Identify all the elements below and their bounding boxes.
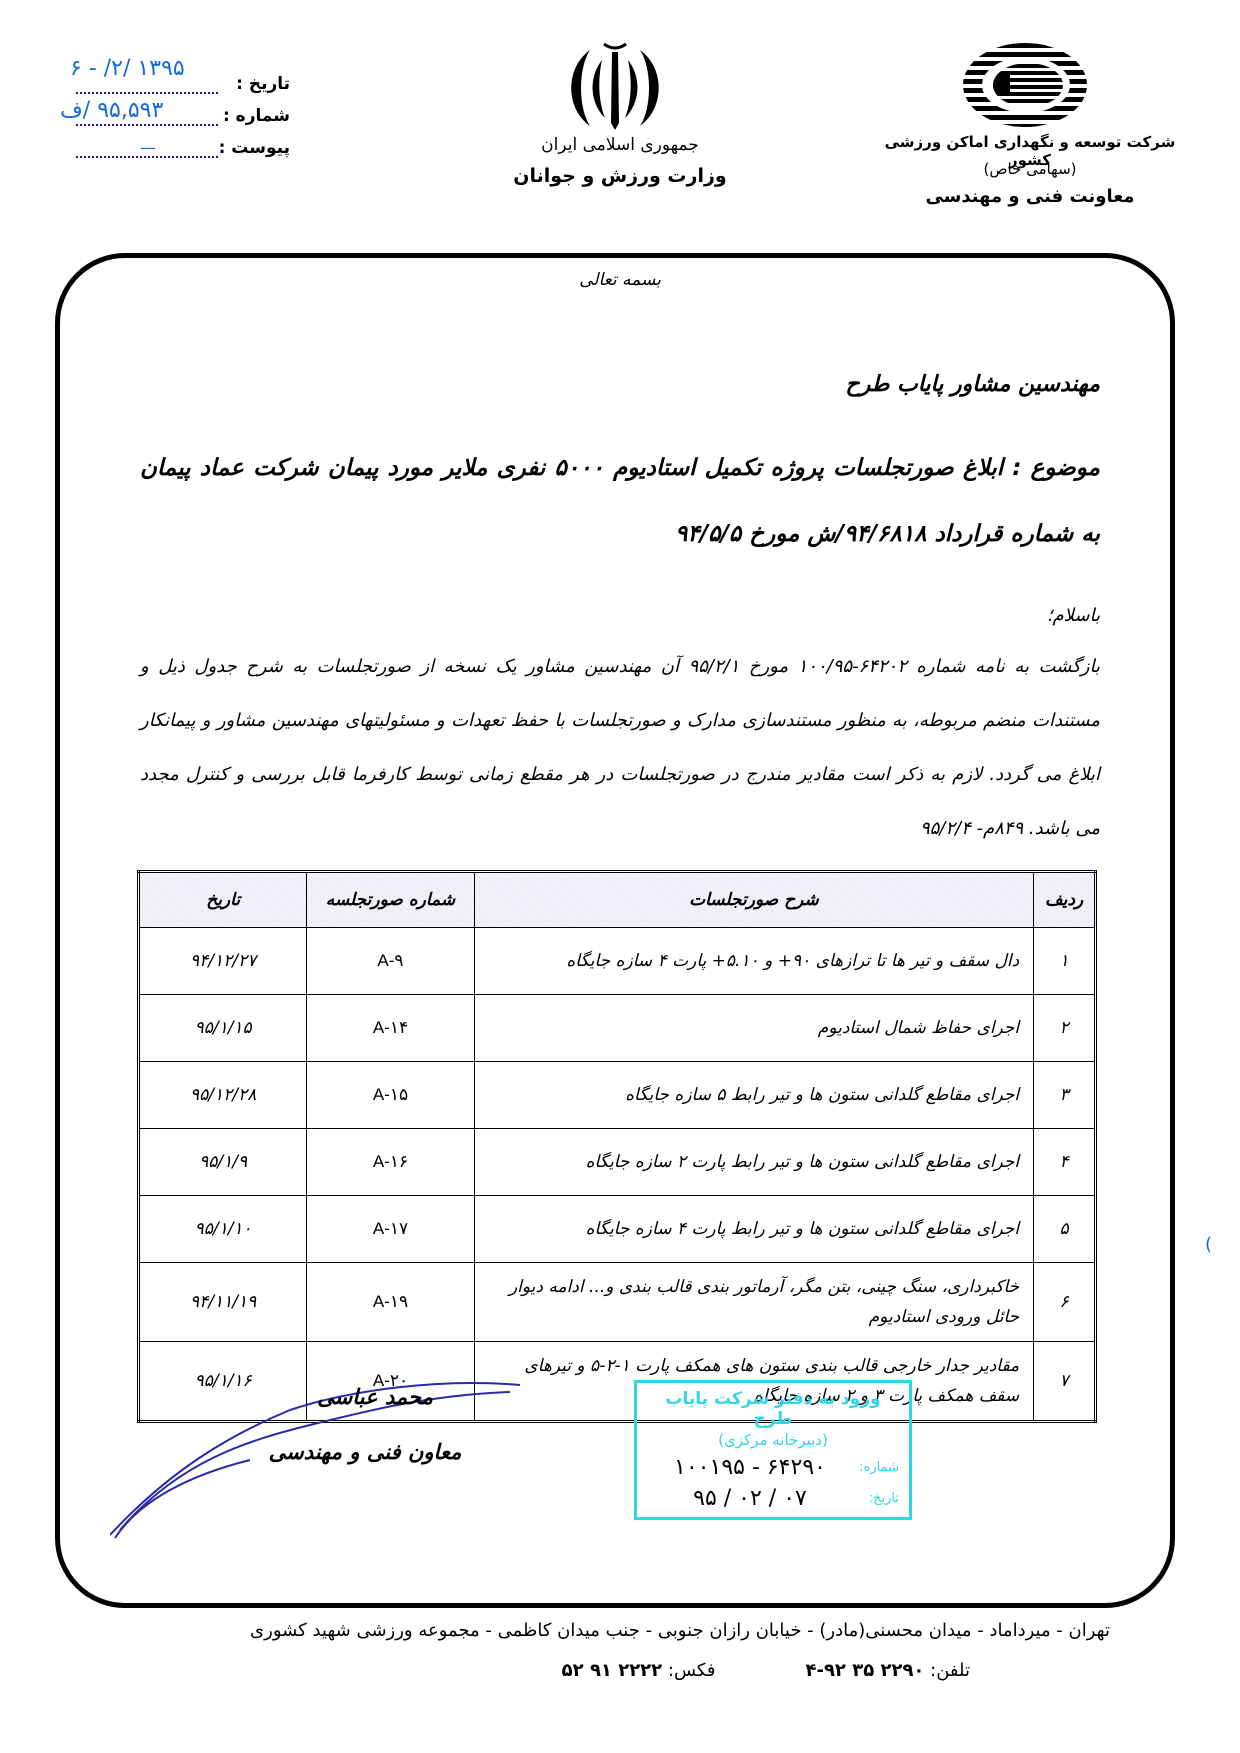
number-handwritten: ۹۵,۵۹۳ /ف	[60, 98, 163, 123]
number-field: شماره : ۹۵,۵۹۳ /ف	[40, 102, 290, 134]
margin-mark-icon: (	[1205, 1234, 1212, 1255]
table-row: ۲ اجرای حفاظ شمال استادیوم A-۱۴ ۹۵/۱/۱۵	[139, 995, 1096, 1062]
row-number: ۴	[1034, 1129, 1096, 1196]
number-dotted-line	[76, 124, 218, 126]
row-minutes-number: A-۱۴	[307, 995, 474, 1062]
stamp-number-value: ۱۰۰۱۹۵ - ۶۴۲۹۰	[647, 1455, 853, 1480]
row-minutes-number: A-۱۷	[307, 1196, 474, 1263]
table-row: ۱ دال سقف و تیر ها تا ترازهای ۹۰+ و ۵.۱۰…	[139, 928, 1096, 995]
header-date: تاریخ	[139, 872, 307, 928]
received-stamp: ورود به دفتر شرکت پایاب طرح (دبیرخانه مر…	[634, 1380, 912, 1520]
date-label: تاریخ :	[236, 74, 290, 94]
stamp-date-row: تاریخ: ۹۵ / ۰۲ / ۰۷	[647, 1486, 899, 1511]
row-date: ۹۵/۱/۱۵	[139, 995, 307, 1062]
row-minutes-number: A-۱۹	[307, 1263, 474, 1342]
row-date: ۹۵/۱۲/۲۸	[139, 1062, 307, 1129]
company-type: (سهامی خاص)	[870, 160, 1190, 178]
phone-label: تلفن:	[930, 1660, 970, 1681]
minutes-table: ردیف شرح صورتجلسات شماره صورتجلسه تاریخ …	[137, 870, 1097, 1423]
row-minutes-number: A-۱۵	[307, 1062, 474, 1129]
table-row: ۳ اجرای مقاطع گلدانی ستون ها و تیر رابط …	[139, 1062, 1096, 1129]
subject-line: موضوع : ابلاغ صورتجلسات پروژه تکمیل استا…	[140, 435, 1100, 567]
row-description: اجرای مقاطع گلدانی ستون ها و تیر رابط ۵ …	[474, 1062, 1034, 1129]
header-row-number: ردیف	[1034, 872, 1096, 928]
attachment-label: پیوست :	[219, 138, 290, 158]
row-description: اجرای مقاطع گلدانی ستون ها و تیر رابط پا…	[474, 1129, 1034, 1196]
row-number: ۲	[1034, 995, 1096, 1062]
company-logo-icon	[960, 40, 1090, 130]
table-header-row: ردیف شرح صورتجلسات شماره صورتجلسه تاریخ	[139, 872, 1096, 928]
fax-label: فکس:	[668, 1660, 716, 1681]
date-dotted-line	[76, 92, 218, 94]
fax: فکس: ۲۲۲۲ ۹۱ ۵۲	[562, 1660, 716, 1681]
stamp-subtitle: (دبیرخانه مرکزی)	[647, 1431, 899, 1449]
row-description: اجرای حفاظ شمال استادیوم	[474, 995, 1034, 1062]
table-row: ۶ خاکبرداری، سنگ چینی، بتن مگر، آرماتور …	[139, 1263, 1096, 1342]
stamp-title: ورود به دفتر شرکت پایاب طرح	[647, 1389, 899, 1429]
basmala-heading: بسمه تعالی	[520, 270, 720, 290]
row-minutes-number: A-۹	[307, 928, 474, 995]
row-number: ۵	[1034, 1196, 1096, 1263]
row-number: ۳	[1034, 1062, 1096, 1129]
signatory-title: معاون فنی و مهندسی	[255, 1440, 475, 1464]
row-date: ۹۵/۱/۹	[139, 1129, 307, 1196]
table-row: ۵ اجرای مقاطع گلدانی ستون ها و تیر رابط …	[139, 1196, 1096, 1263]
recipient: مهندسین مشاور پایاب طرح	[846, 372, 1100, 397]
row-number: ۱	[1034, 928, 1096, 995]
row-minutes-number: A-۱۶	[307, 1129, 474, 1196]
ministry-name: وزارت ورزش و جوانان	[470, 165, 770, 187]
footer-address: تهران - میرداماد - میدان محسنی(مادر) - خ…	[250, 1620, 1110, 1641]
row-date: ۹۴/۱۲/۲۷	[139, 928, 307, 995]
greeting: باسلام؛	[1047, 605, 1100, 626]
stamp-date-label: تاریخ:	[853, 1491, 899, 1506]
footer-contacts: تلفن: ۲۲۹۰ ۳۵ ۹۲-۴ فکس: ۲۲۲۲ ۹۱ ۵۲	[562, 1660, 970, 1681]
department-name: معاونت فنی و مهندسی	[870, 186, 1190, 207]
attachment-handwritten: —	[140, 138, 156, 157]
attachment-field: پیوست : —	[40, 134, 290, 166]
row-number: ۷	[1034, 1342, 1096, 1422]
signatory-name: محمد عباسی	[285, 1385, 465, 1409]
row-description: اجرای مقاطع گلدانی ستون ها و تیر رابط پا…	[474, 1196, 1034, 1263]
row-date: ۹۵/۱/۱۰	[139, 1196, 307, 1263]
row-date: ۹۴/۱۱/۱۹	[139, 1263, 307, 1342]
stamp-number-row: شماره: ۱۰۰۱۹۵ - ۶۴۲۹۰	[647, 1455, 899, 1480]
letter-body: بازگشت به نامه شماره ۶۴۲۰۲-۱۰۰/۹۵ مورخ ۹…	[140, 640, 1100, 856]
date-handwritten: ۱۳۹۵ /۲/ - ۶	[70, 56, 185, 81]
row-description: دال سقف و تیر ها تا ترازهای ۹۰+ و ۵.۱۰+ …	[474, 928, 1034, 995]
header-description: شرح صورتجلسات	[474, 872, 1034, 928]
government-name: جمهوری اسلامی ایران	[470, 135, 770, 155]
header-minutes-number: شماره صورتجلسه	[307, 872, 474, 928]
stamp-date-value: ۹۵ / ۰۲ / ۰۷	[647, 1486, 853, 1511]
phone-value: ۲۲۹۰ ۳۵ ۹۲-۴	[805, 1660, 924, 1681]
phone: تلفن: ۲۲۹۰ ۳۵ ۹۲-۴	[805, 1660, 970, 1681]
stamp-number-label: شماره:	[853, 1460, 899, 1475]
row-number: ۶	[1034, 1263, 1096, 1342]
number-label: شماره :	[223, 106, 290, 126]
iran-emblem-icon	[560, 38, 670, 133]
letter-meta: تاریخ : ۱۳۹۵ /۲/ - ۶ شماره : ۹۵,۵۹۳ /ف پ…	[40, 70, 290, 166]
table-row: ۴ اجرای مقاطع گلدانی ستون ها و تیر رابط …	[139, 1129, 1096, 1196]
fax-value: ۲۲۲۲ ۹۱ ۵۲	[562, 1660, 662, 1681]
row-description: خاکبرداری، سنگ چینی، بتن مگر، آرماتور بن…	[474, 1263, 1034, 1342]
